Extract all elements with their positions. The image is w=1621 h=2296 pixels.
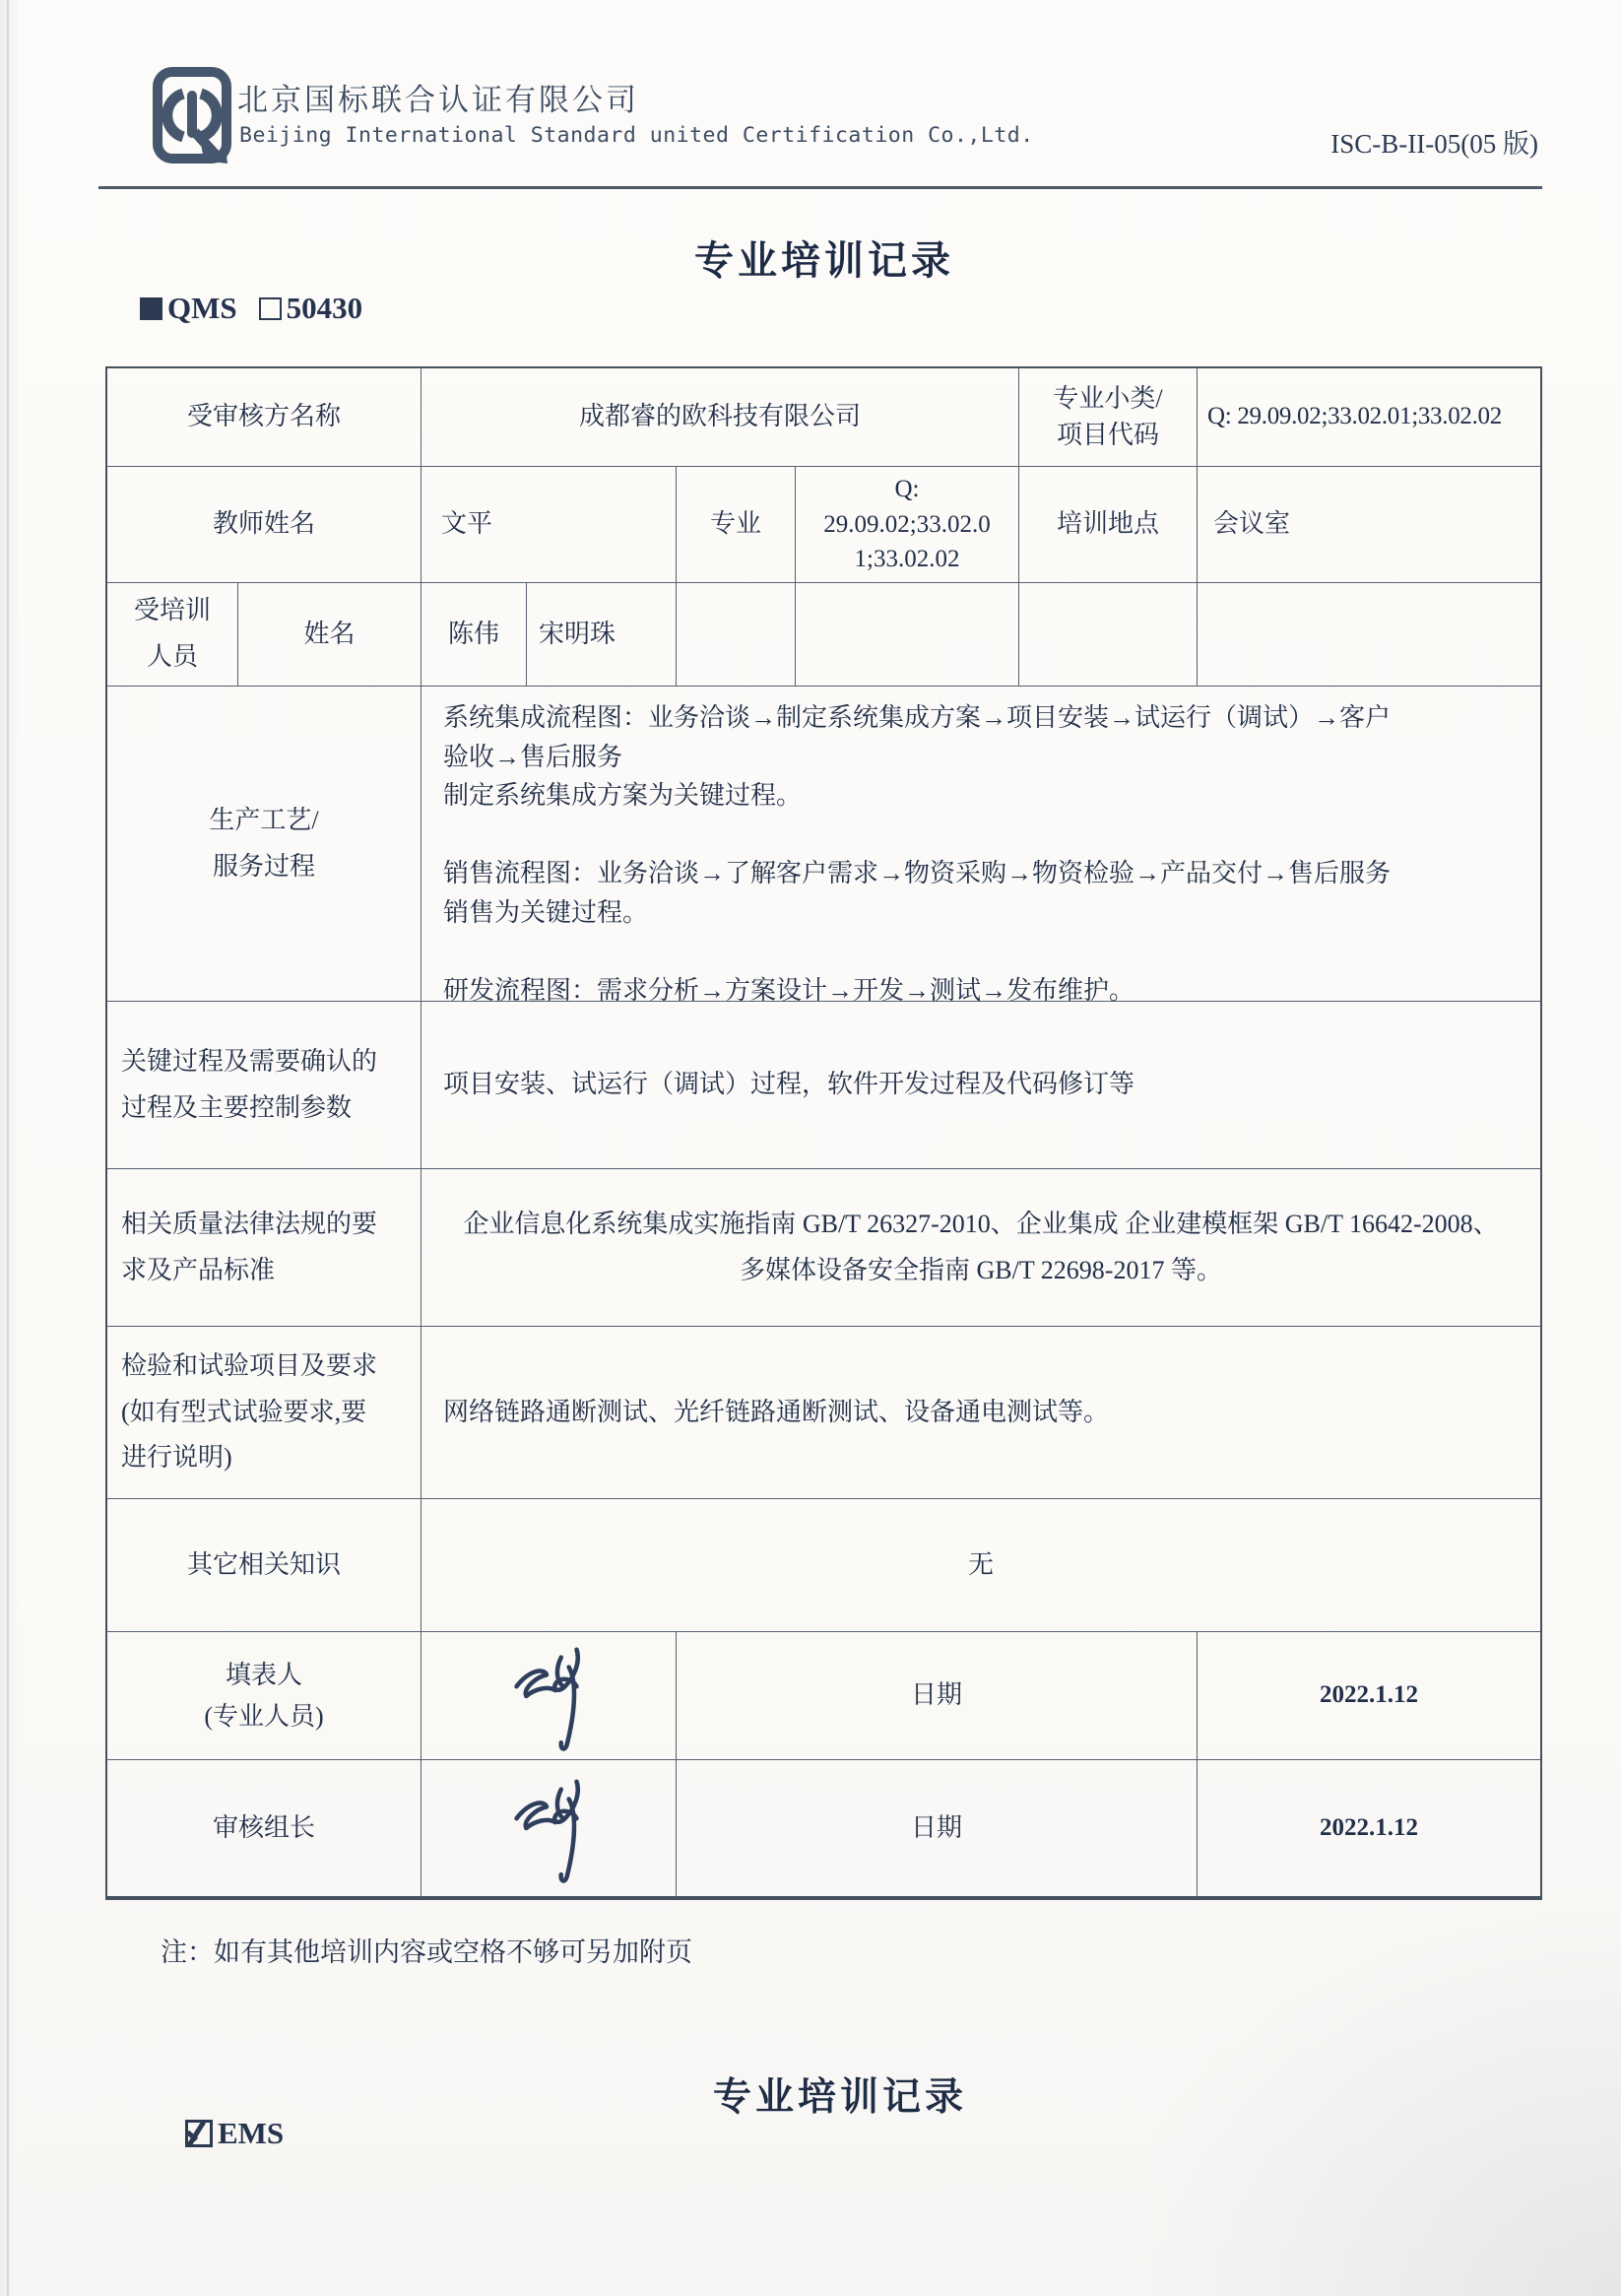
scan-left-shadow [0,0,18,2296]
50430-label: 50430 [287,291,363,325]
ems-label: EMS [218,2116,284,2150]
qms-checkbox-icon [140,297,162,320]
leader-date-value: 2022.1.12 [1198,1760,1540,1896]
scheme-selector: QMS50430 [140,291,362,326]
trainee-empty-cell [796,583,1019,687]
name-label: 姓名 [238,583,421,687]
qms-label: QMS [167,291,237,325]
preparer-date-label: 日期 [677,1632,1198,1760]
training-record-table: 受审核方名称 成都睿的欧科技有限公司 专业小类/ 项目代码 Q: 29.09.0… [105,366,1542,1900]
trainee-label: 受培训 人员 [107,583,238,687]
preparer-label: 填表人 (专业人员) [107,1632,421,1760]
regulation-label: 相关质量法律法规的要 求及产品标准 [107,1169,421,1327]
company-name-cn: 北京国标联合认证有限公司 [237,75,639,119]
process-value: 系统集成流程图：业务洽谈→制定系统集成方案→项目安装→试运行（调试）→客户 验收… [421,687,1540,1002]
footnote: 注：如有其他培训内容或空格不够可另加附页 [161,1931,692,1969]
audit-leader-signature [421,1760,677,1896]
teacher-value: 文平 [421,467,677,583]
other-knowledge-label: 其它相关知识 [107,1499,421,1632]
leader-date-label: 日期 [677,1760,1198,1896]
regulation-value: 企业信息化系统集成实施指南 GB/T 26327-2010、企业集成 企业建模框… [421,1169,1540,1327]
header-divider [98,186,1542,189]
trainee-empty-cell [1019,583,1198,687]
ems-scheme-selector: EMS [185,2116,284,2151]
process-label: 生产工艺/ 服务过程 [107,687,421,1002]
company-name-en: Beijing International Standard united Ce… [239,123,1034,148]
auditee-label: 受审核方名称 [107,368,421,467]
major-value: Q: 29.09.02;33.02.0 1;33.02.02 [796,467,1019,583]
audit-leader-label: 审核组长 [107,1760,421,1896]
trainee-name-1: 陈伟 [421,583,527,687]
scan-left-edge-line [7,0,9,2296]
teacher-label: 教师姓名 [107,467,421,583]
50430-checkbox-icon [259,297,282,320]
document-code: ISC-B-II-05(05 版) [1330,122,1538,161]
next-page-title: 专业培训记录 [30,2066,1621,2122]
auditee-value: 成都睿的欧科技有限公司 [421,368,1019,467]
preparer-signature [421,1632,677,1760]
subcategory-label: 专业小类/ 项目代码 [1019,368,1198,467]
subcategory-value: Q: 29.09.02;33.02.01;33.02.02 [1198,368,1540,467]
trainee-name-2: 宋明珠 [527,583,677,687]
key-process-value: 项目安装、试运行（调试）过程，软件开发过程及代码修订等 [421,1002,1540,1169]
major-label: 专业 [677,467,796,583]
location-label: 培训地点 [1019,467,1198,583]
ems-checkbox-icon [185,2120,213,2147]
trainee-empty-cell [677,583,796,687]
other-knowledge-value: 无 [421,1499,1540,1632]
key-process-label: 关键过程及需要确认的 过程及主要控制参数 [107,1002,421,1169]
inspection-value: 网络链路通断测试、光纤链路通断测试、设备通电测试等。 [421,1327,1540,1499]
location-value: 会议室 [1198,467,1540,583]
company-logo-icon [153,67,231,175]
preparer-date-value: 2022.1.12 [1198,1632,1540,1760]
signature-icon [501,1770,596,1886]
inspection-label: 检验和试验项目及要求 (如有型式试验要求,要 进行说明) [107,1327,421,1499]
signature-icon [501,1638,596,1754]
trainee-empty-cell [1198,583,1540,687]
page-title: 专业培训记录 [14,230,1621,286]
